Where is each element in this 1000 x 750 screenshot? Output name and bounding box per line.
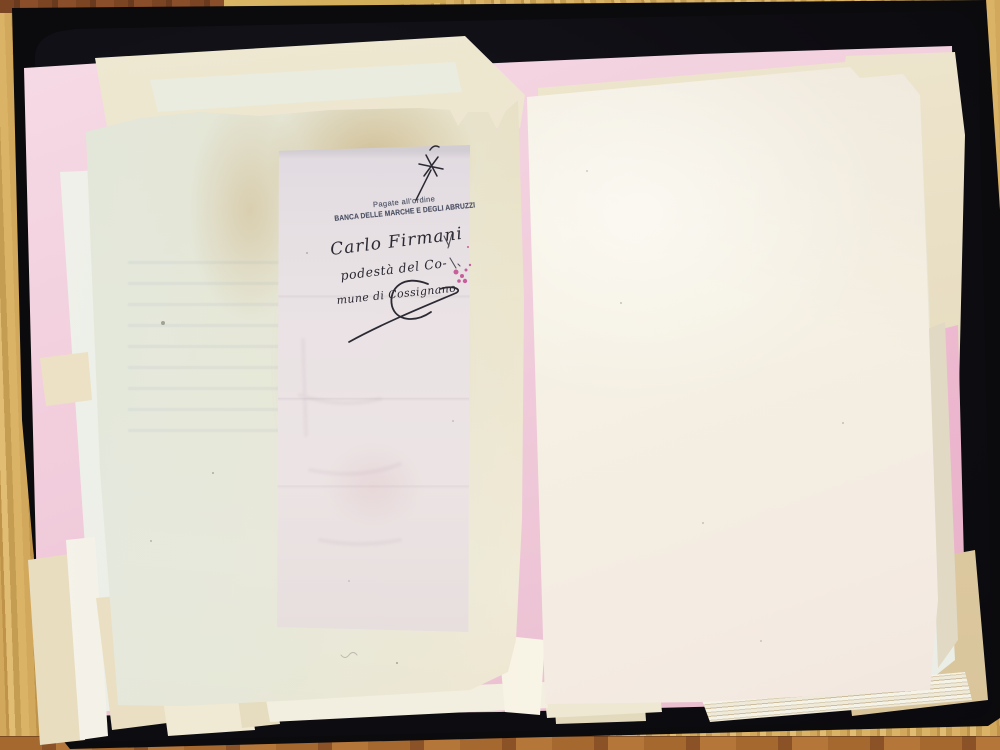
photo-frame: Pagate all'ordine BANCA DELLE MARCHE E D… — [0, 0, 1000, 750]
paper-specks — [0, 0, 2, 2]
